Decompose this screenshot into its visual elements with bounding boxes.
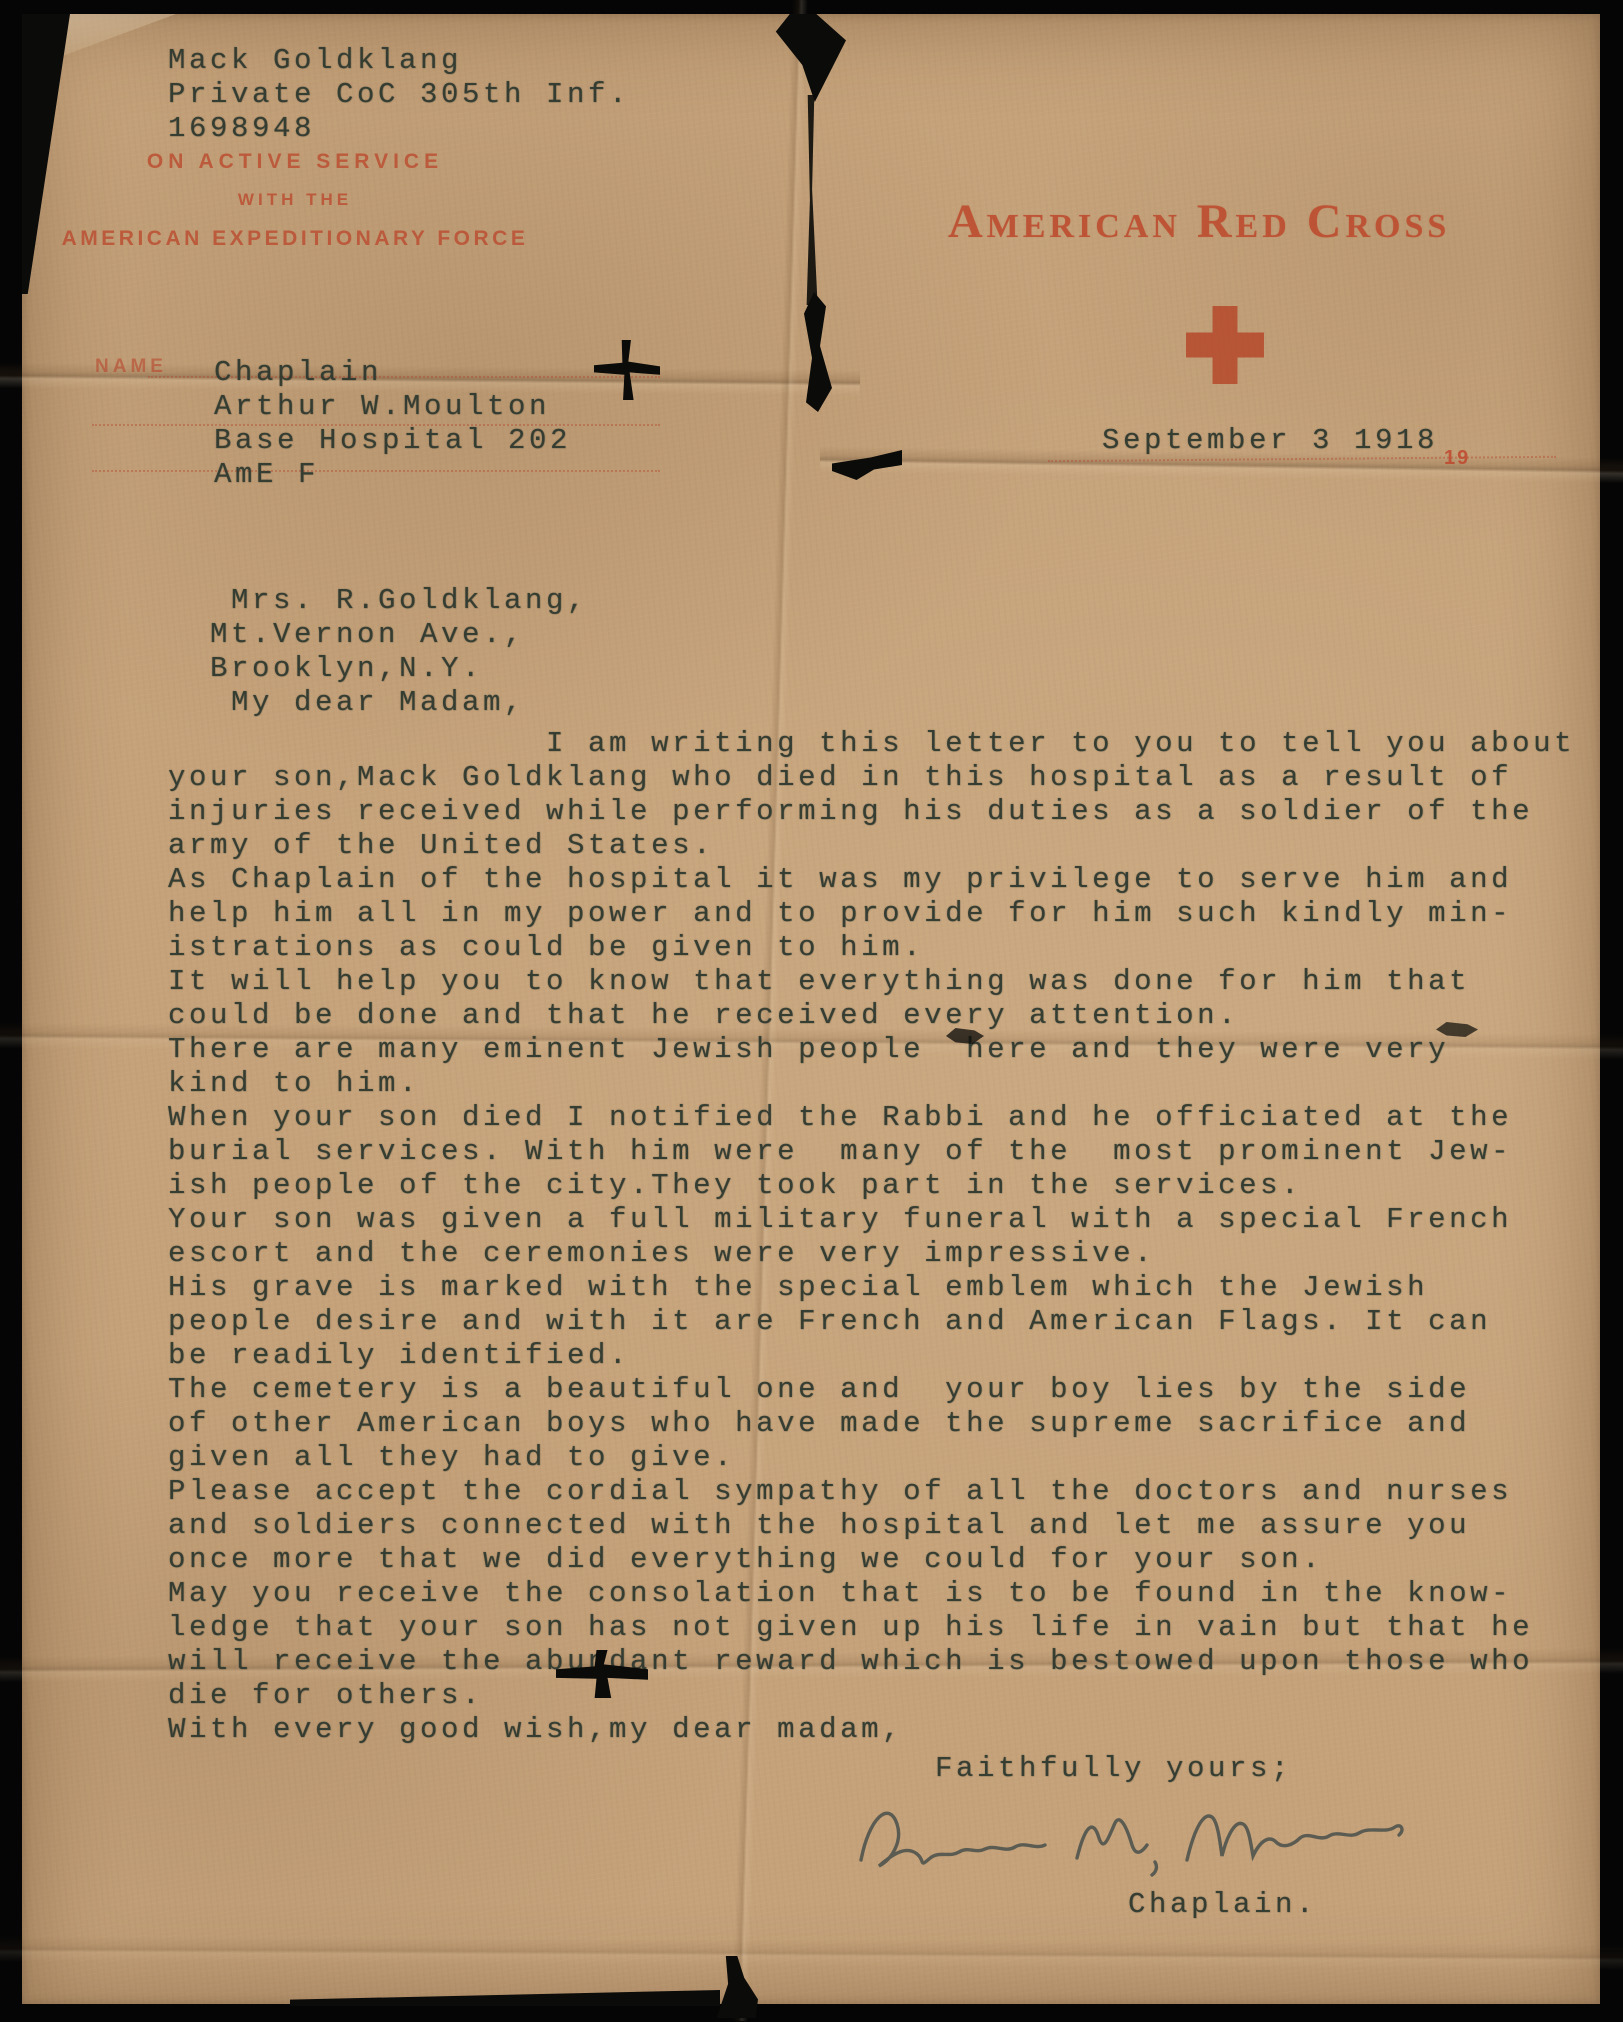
stamp-line-2: WITH THE	[60, 190, 530, 210]
letter-content-layer: Mack Goldklang Private CoC 305th Inf. 16…	[0, 0, 1623, 2022]
stamp-line-3: AMERICAN EXPEDITIONARY FORCE	[60, 227, 530, 251]
letterhead-title: American Red Cross	[948, 194, 1548, 249]
crease-line	[0, 1936, 1623, 1970]
photo-backdrop: { "letter": { "soldier_block": ["Mack Go…	[0, 0, 1623, 2022]
stamp-line-1: ON ACTIVE SERVICE	[60, 150, 530, 174]
signature-title: Chaplain.	[1128, 1888, 1317, 1922]
tear-mark	[768, 14, 846, 102]
red-cross-icon	[1186, 306, 1264, 384]
name-field-label: NAME	[95, 356, 167, 378]
printed-year-prefix: 19	[1444, 447, 1470, 470]
letter-body: I am writing this letter to you to tell …	[168, 727, 1575, 1747]
signature-autograph	[845, 1790, 1405, 1890]
date-typed: September 3 1918	[1102, 424, 1438, 458]
tear-mark	[290, 1990, 720, 2006]
recipient-address-block: Mrs. R.Goldklang, Mt.Vernon Ave., Brookl…	[168, 584, 588, 720]
soldier-id-block: Mack Goldklang Private CoC 305th Inf. 16…	[168, 44, 630, 146]
signature-stroke	[861, 1813, 1045, 1866]
active-service-stamp: ON ACTIVE SERVICE WITH THE AMERICAN EXPE…	[60, 150, 530, 251]
signature-stroke	[1077, 1820, 1156, 1875]
valediction: Faithfully yours;	[935, 1752, 1292, 1786]
signature-stroke	[1187, 1816, 1402, 1860]
chaplain-name-block: Chaplain Arthur W.Moulton Base Hospital …	[214, 356, 571, 492]
